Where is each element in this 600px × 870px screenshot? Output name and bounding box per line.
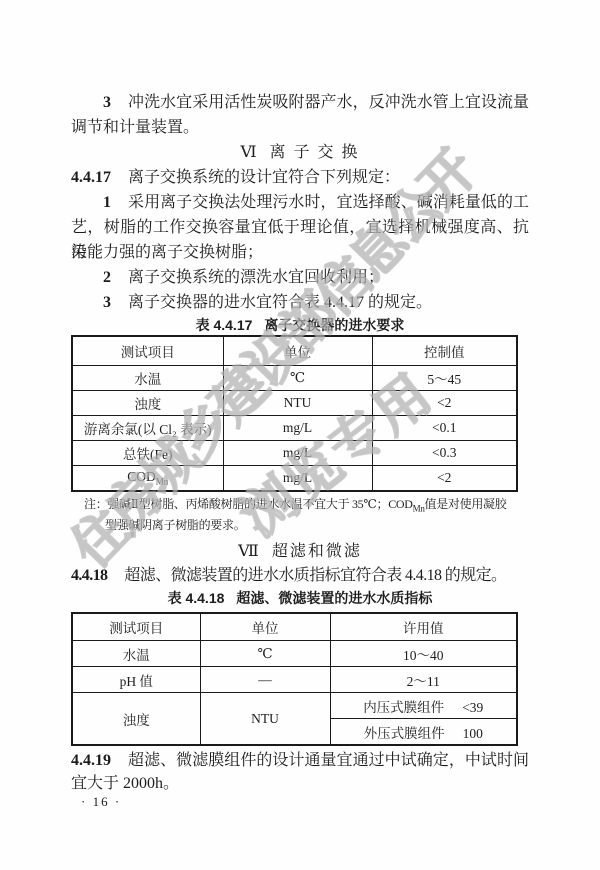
item-text: 染能力强的离子交换树脂； xyxy=(71,244,263,261)
clause-4-4-17-item-1-line-1: 1采用离子交换法处理污水时，宜选择酸、碱消耗量低的工 xyxy=(71,190,529,215)
table-row: pH 值 — 2～11 xyxy=(72,667,517,693)
cell-item: 游离余氯(以 Cl₂ 表示) xyxy=(72,416,223,441)
item-number: 1 xyxy=(103,194,111,211)
table-row: 总铁(Fe) mg/L <0.3 xyxy=(72,441,517,466)
clause-number: 4.4.17 xyxy=(71,169,111,186)
table-header-row: 测试项目 单位 控制值 xyxy=(72,336,517,366)
paragraph-item-3-line-2: 调节和计量装置。 xyxy=(71,115,529,140)
cell-item: 浊度 xyxy=(72,391,223,416)
table-4-4-17: 测试项目 单位 控制值 水温 ℃ 5～45 浊度 NTU <2 游离余氯(以 C… xyxy=(71,335,518,492)
cell-value: <0.3 xyxy=(372,441,517,466)
table-row: 浊度 NTU <2 xyxy=(72,391,517,416)
cell-item: 水温 xyxy=(72,366,223,391)
note-line-1: 注：强碱Ⅱ型树脂、丙烯酸树脂的进水水温不宜大于 35℃；CODMn值是对使用凝胶 xyxy=(84,496,529,517)
cell-subrow-internal: 内压式膜组件<39 xyxy=(330,693,517,719)
item-text: 采用离子交换法处理污水时，宜选择酸、碱消耗量低的工 xyxy=(128,194,529,211)
cell-value: <2 xyxy=(372,466,517,492)
section-numeral: Ⅵ xyxy=(240,144,256,161)
section-numeral: Ⅶ xyxy=(238,543,259,560)
note-label: 注： xyxy=(84,497,107,511)
cell-subrow-external: 外压式膜组件100 xyxy=(330,719,517,746)
cell-item: 水温 xyxy=(72,641,200,667)
cell-value: 10～40 xyxy=(330,641,517,667)
table-row-cod: CODMn mg/L <2 xyxy=(72,466,517,492)
item-number: 3 xyxy=(103,94,111,111)
table-caption-title: 离子交换器的进水要求 xyxy=(264,317,404,333)
section-heading-7: Ⅶ超滤和微滤 xyxy=(71,541,529,563)
cell-value: <0.1 xyxy=(372,416,517,441)
cell-item: 总铁(Fe) xyxy=(72,441,223,466)
cell-unit: NTU xyxy=(200,693,330,746)
item-text: 调节和计量装置。 xyxy=(71,119,199,136)
table-4-4-18: 测试项目 单位 许用值 水温 ℃ 10～40 pH 值 — 2～11 浊度 NT… xyxy=(71,612,518,746)
clause-4-4-17-item-1-line-3: 染能力强的离子交换树脂； xyxy=(71,240,529,265)
clause-4-4-19-line-2: 宜大于 2000h。 xyxy=(71,772,529,795)
clause-number: 4.4.19 xyxy=(71,752,111,769)
cell-unit: mg/L xyxy=(223,466,372,492)
cell-value: <2 xyxy=(372,391,517,416)
cell-unit: ℃ xyxy=(223,366,372,391)
table-row: 水温 ℃ 10～40 xyxy=(72,641,517,667)
cell-unit: ℃ xyxy=(200,641,330,667)
note-text: 型强碱阴离子树脂的要求。 xyxy=(105,518,245,532)
cell-unit: mg/L xyxy=(223,416,372,441)
table-row-turbidity: 浊度 NTU 内压式膜组件<39 xyxy=(72,693,517,719)
cod-subscript: Mn xyxy=(156,477,169,487)
clause-4-4-17-item-2: 2离子交换系统的漂洗水宜回收利用； xyxy=(71,265,529,290)
clause-4-4-17-item-1-line-2: 艺，树脂的工作交换容量宜低于理论值，宜选择机械强度高、抗污 xyxy=(71,215,529,240)
note-line-2: 型强碱阴离子树脂的要求。 xyxy=(84,517,529,534)
section-title: 超滤和微滤 xyxy=(272,543,362,560)
clause-text: 离子交换系统的设计宜符合下列规定： xyxy=(128,169,400,186)
table-caption-label: 表 4.4.17 xyxy=(196,317,253,333)
header-cell-item: 测试项目 xyxy=(72,336,223,366)
cell-unit: NTU xyxy=(223,391,372,416)
document-page: 3冲洗水宜采用活性炭吸附器产水，反冲洗水管上宜设流量 调节和计量装置。 Ⅵ离 子… xyxy=(0,0,600,870)
subrow-value: <39 xyxy=(462,700,483,715)
header-cell-item: 测试项目 xyxy=(72,613,200,641)
cod-prefix: COD xyxy=(127,469,156,484)
clause-text: 超滤、微滤装置的进水水质指标宜符合表 4.4.18 的规定。 xyxy=(124,567,506,584)
table-4-4-17-caption: 表 4.4.17离子交换器的进水要求 xyxy=(71,315,529,335)
clause-4-4-17: 4.4.17离子交换系统的设计宜符合下列规定： xyxy=(71,165,529,190)
clause-text: 超滤、微滤膜组件的设计通量宜通过中试确定，中试时间 xyxy=(128,752,529,769)
table-row: 游离余氯(以 Cl₂ 表示) mg/L <0.1 xyxy=(72,416,517,441)
clause-4-4-19-line-1: 4.4.19超滤、微滤膜组件的设计通量宜通过中试确定，中试时间 xyxy=(71,749,529,772)
table-4-4-17-note: 注：强碱Ⅱ型树脂、丙烯酸树脂的进水水温不宜大于 35℃；CODMn值是对使用凝胶… xyxy=(71,496,529,534)
subrow-label: 内压式膜组件 xyxy=(363,700,444,715)
note-subscript: Mn xyxy=(413,503,425,513)
header-cell-unit: 单位 xyxy=(200,613,330,641)
clause-4-4-18: 4.4.18超滤、微滤装置的进水水质指标宜符合表 4.4.18 的规定。 xyxy=(71,563,529,588)
page-number: · 16 · xyxy=(71,795,529,809)
note-text: 值是对使用凝胶 xyxy=(425,497,507,511)
cell-unit: — xyxy=(200,667,330,693)
cell-value: 2～11 xyxy=(330,667,517,693)
clause-number: 4.4.18 xyxy=(71,567,107,584)
cell-item-cod: CODMn xyxy=(72,466,223,492)
cell-item: 浊度 xyxy=(72,693,200,746)
header-cell-limit: 控制值 xyxy=(372,336,517,366)
subrow-value: 100 xyxy=(463,726,483,741)
table-caption-label: 表 4.4.18 xyxy=(168,590,225,606)
item-text: 离子交换系统的漂洗水宜回收利用； xyxy=(128,269,384,286)
header-cell-unit: 单位 xyxy=(223,336,372,366)
item-number: 3 xyxy=(103,294,111,311)
clause-4-4-17-item-3: 3离子交换器的进水宜符合表 4.4.17 的规定。 xyxy=(71,290,529,315)
header-cell-allowed: 许用值 xyxy=(330,613,517,641)
subrow-label: 外压式膜组件 xyxy=(364,726,445,741)
item-text: 冲洗水宜采用活性炭吸附器产水，反冲洗水管上宜设流量 xyxy=(128,94,529,111)
section-title: 离 子 交 换 xyxy=(270,144,360,161)
clause-text: 宜大于 2000h。 xyxy=(71,775,179,792)
paragraph-item-3-line-1: 3冲洗水宜采用活性炭吸附器产水，反冲洗水管上宜设流量 xyxy=(71,90,529,115)
table-row: 水温 ℃ 5～45 xyxy=(72,366,517,391)
item-text: 离子交换器的进水宜符合表 4.4.17 的规定。 xyxy=(128,294,432,311)
page-content: 3冲洗水宜采用活性炭吸附器产水，反冲洗水管上宜设流量 调节和计量装置。 Ⅵ离 子… xyxy=(71,0,529,809)
table-4-4-18-caption: 表 4.4.18超滤、微滤装置的进水水质指标 xyxy=(71,588,529,608)
cell-unit: mg/L xyxy=(223,441,372,466)
table-caption-title: 超滤、微滤装置的进水水质指标 xyxy=(236,590,432,606)
note-text: 强碱Ⅱ型树脂、丙烯酸树脂的进水水温不宜大于 35℃；COD xyxy=(107,497,412,511)
section-heading-6: Ⅵ离 子 交 换 xyxy=(71,140,529,165)
cell-item: pH 值 xyxy=(72,667,200,693)
table-header-row: 测试项目 单位 许用值 xyxy=(72,613,517,641)
item-number: 2 xyxy=(103,269,111,286)
cell-value: 5～45 xyxy=(372,366,517,391)
